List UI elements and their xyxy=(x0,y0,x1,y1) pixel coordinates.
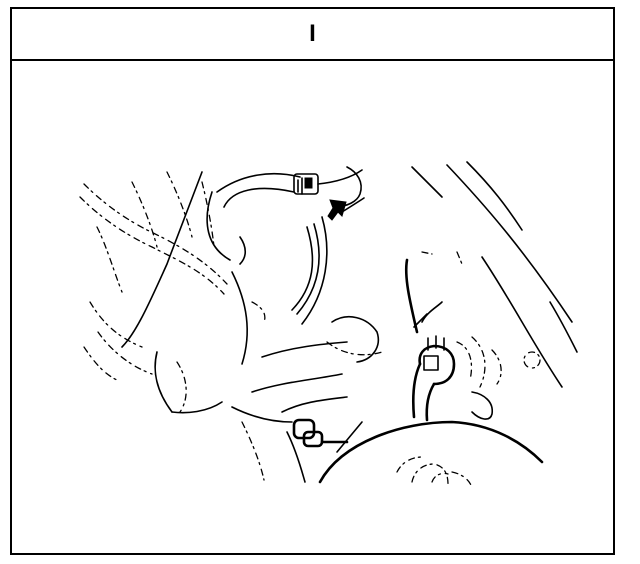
engine-block-lines xyxy=(80,172,227,380)
figure-panel: I xyxy=(10,7,615,555)
middle-pipe xyxy=(232,317,382,422)
hose-clamp xyxy=(294,167,362,207)
electrical-connector xyxy=(413,336,540,420)
engine-illustration xyxy=(2,2,640,564)
radiator-hose xyxy=(155,174,327,413)
bracket xyxy=(406,252,462,332)
hose-clip xyxy=(242,420,362,482)
illustration xyxy=(12,61,613,553)
direction-arrow-icon xyxy=(328,198,364,220)
